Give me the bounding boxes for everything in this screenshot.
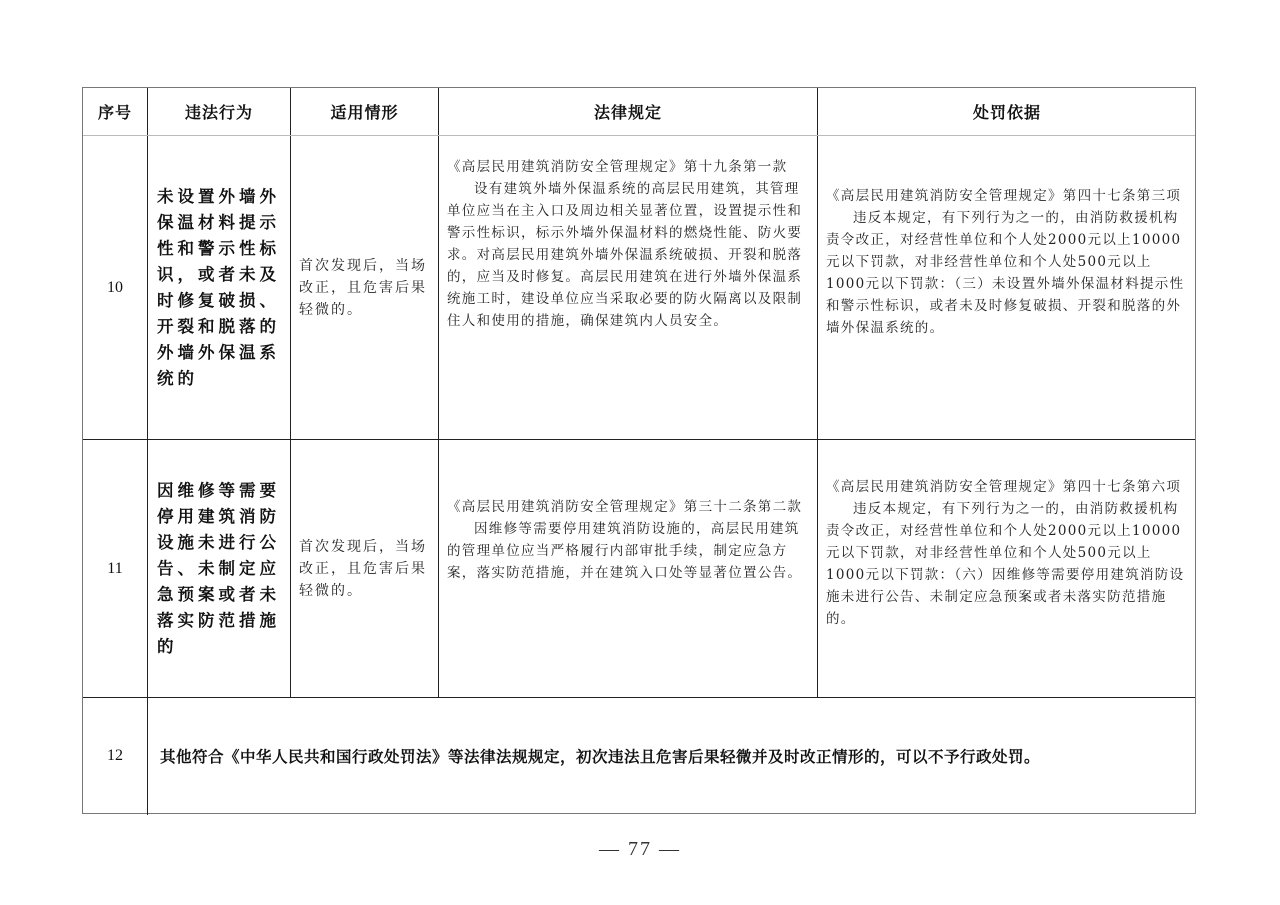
penalty-title: 《高层民用建筑消防安全管理规定》第四十七条第六项 xyxy=(826,476,1190,498)
header-condition: 适用情形 xyxy=(291,88,438,135)
violation-text: 因维修等需要停用建筑消防设施未进行公告、未制定应急预案或者未落实防范措施的 xyxy=(148,440,290,697)
law-provision: 《高层民用建筑消防安全管理规定》第十九条第一款 设有建筑外墙外保温系统的高层民用… xyxy=(439,156,817,439)
condition-text: 首次发现后，当场改正，且危害后果轻微的。 xyxy=(291,136,438,439)
header-number: 序号 xyxy=(83,88,147,135)
law-title: 《高层民用建筑消防安全管理规定》第十九条第一款 xyxy=(447,156,811,178)
penalty-title: 《高层民用建筑消防安全管理规定》第四十七条第三项 xyxy=(826,185,1190,207)
row-number: 12 xyxy=(83,698,147,814)
law-body: 因维修等需要停用建筑消防设施的，高层民用建筑的管理单位应当严格履行内部审批手续，… xyxy=(447,518,811,584)
page-number: — 77 — xyxy=(0,838,1280,861)
penalty-basis: 《高层民用建筑消防安全管理规定》第四十七条第六项 违反本规定，有下列行为之一的，… xyxy=(818,476,1196,697)
violation-text: 未设置外墙外保温材料提示性和警示性标识，或者未及时修复破损、开裂和脱落的外墙外保… xyxy=(148,136,290,439)
penalty-basis: 《高层民用建筑消防安全管理规定》第四十七条第三项 违反本规定，有下列行为之一的，… xyxy=(818,185,1196,439)
law-title: 《高层民用建筑消防安全管理规定》第三十二条第二款 xyxy=(447,496,811,518)
row-number: 10 xyxy=(83,136,147,439)
row-number: 11 xyxy=(83,440,147,697)
penalty-body: 违反本规定，有下列行为之一的，由消防救援机构责令改正，对经营性单位和个人处200… xyxy=(826,498,1190,630)
penalty-body: 违反本规定，有下列行为之一的，由消防救援机构责令改正，对经营性单位和个人处200… xyxy=(826,207,1190,339)
penalty-table: 序号 违法行为 适用情形 法律规定 处罚依据 10 未设置外墙外保温材料提示性和… xyxy=(82,87,1196,814)
condition-text: 首次发现后，当场改正，且危害后果轻微的。 xyxy=(291,440,438,697)
header-law: 法律规定 xyxy=(439,88,817,135)
header-violation: 违法行为 xyxy=(148,88,290,135)
header-penalty: 处罚依据 xyxy=(818,88,1196,135)
merged-note: 其他符合《中华人民共和国行政处罚法》等法律法规规定，初次违法且危害后果轻微并及时… xyxy=(148,698,1196,814)
law-provision: 《高层民用建筑消防安全管理规定》第三十二条第二款 因维修等需要停用建筑消防设施的… xyxy=(439,496,817,697)
law-body: 设有建筑外墙外保温系统的高层民用建筑，其管理单位应当在主入口及周边相关显著位置，… xyxy=(447,178,811,332)
